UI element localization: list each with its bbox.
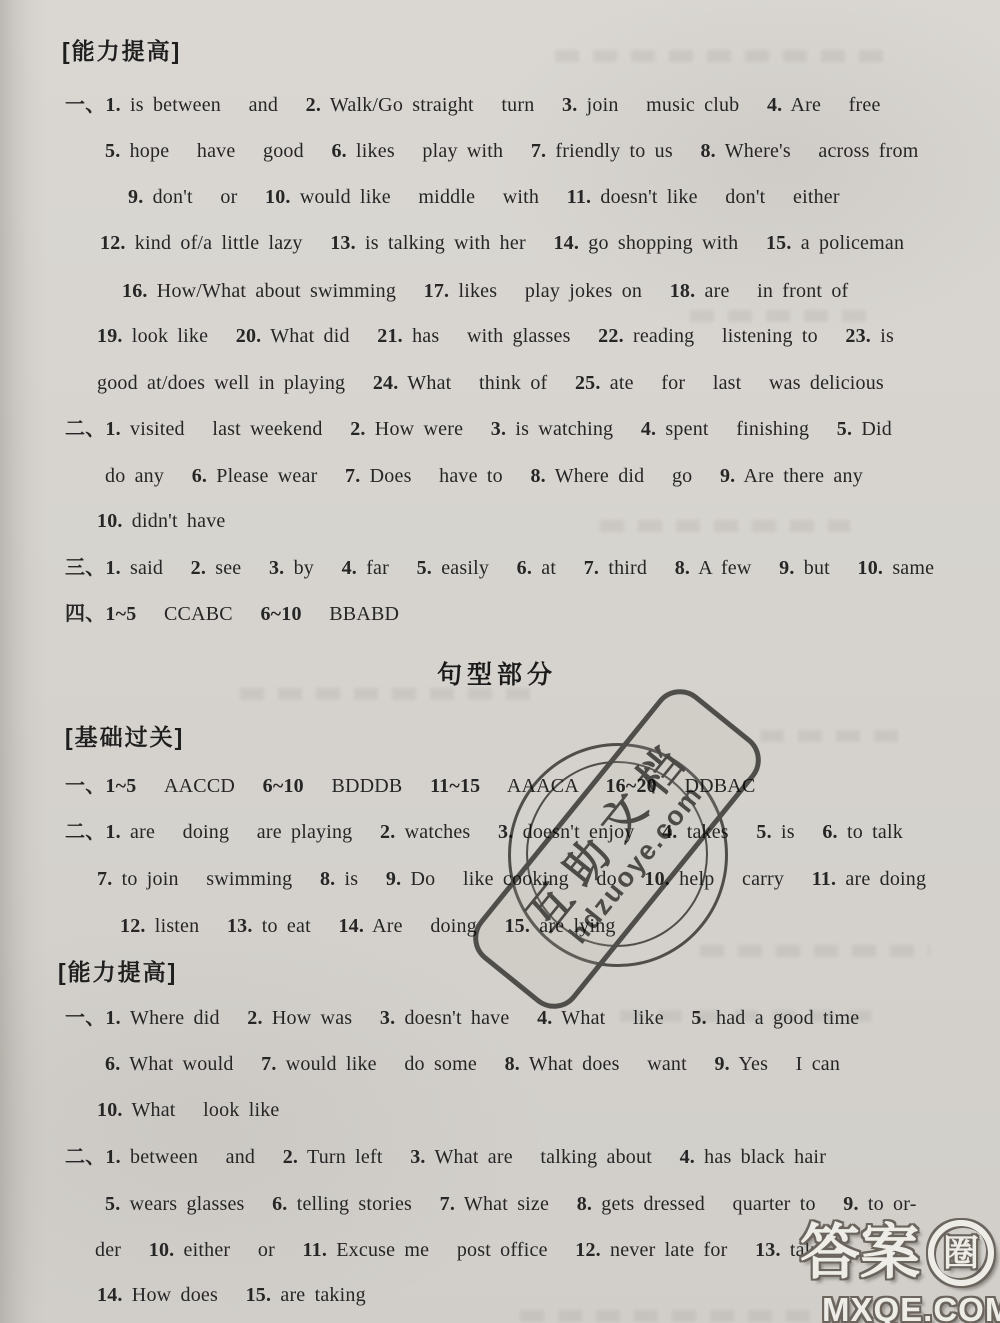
section-header-basic-pass: [基础过关] — [65, 719, 184, 752]
bleed-through-smudge — [690, 310, 870, 322]
answer-line: 5. hope have good 6. likes play with 7. … — [105, 137, 918, 165]
part-title-sentence-patterns: 句型部分 — [437, 655, 557, 691]
workbook-answer-page: [能力提高] 句型部分 [基础过关] [能力提高] 一、1. is betwee… — [0, 0, 1000, 1323]
logo-circle-badge: 圈 — [928, 1220, 994, 1286]
bleed-through-smudge — [600, 520, 850, 532]
answer-line: 9. don't or 10. would like middle with 1… — [128, 183, 840, 211]
logo-circled-char: 圈 — [943, 1235, 979, 1271]
answer-line: 一、1. is between and 2. Walk/Go straight … — [65, 91, 881, 119]
answer-line: 二、1. between and 2. Turn left 3. What ar… — [65, 1143, 826, 1171]
answer-line: 6. What would 7. would like do some 8. W… — [105, 1050, 840, 1078]
section-header-ability-improve-1: [能力提高] — [62, 33, 181, 66]
answer-line: good at/does well in playing 24. What th… — [97, 369, 884, 397]
section-header-ability-improve-2: [能力提高] — [58, 954, 177, 987]
bleed-through-smudge — [760, 730, 910, 742]
answer-line: 12. kind of/a little lazy 13. is talking… — [100, 229, 904, 257]
answer-line: 10. What look like — [97, 1096, 280, 1124]
answer-line: 二、1. visited last weekend 2. How were 3.… — [65, 415, 892, 443]
answer-line: 三、1. said 2. see 3. by 4. far 5. easily … — [65, 554, 934, 582]
answer-line: 一、1. Where did 2. How was 3. doesn't hav… — [65, 1004, 859, 1032]
seal-banner: 互助文档 hdzuoye.com — [462, 678, 772, 1020]
answer-line: 二、1. are doing are playing 2. watches 3.… — [65, 818, 903, 846]
answer-line: 12. listen 13. to eat 14. Are doing 15. … — [120, 912, 616, 940]
answer-circle-logo-watermark: 答案 圈 MXQE.COM — [800, 1220, 1000, 1323]
answer-line: 7. to join swimming 8. is 9. Do like coo… — [97, 865, 926, 893]
logo-site-url: MXQE.COM — [822, 1291, 1000, 1323]
bleed-through-smudge — [555, 50, 885, 62]
bleed-through-smudge — [520, 1310, 820, 1322]
bleed-through-smudge — [700, 945, 930, 957]
answer-line: 四、1~5 CCABC 6~10 BBABD — [65, 600, 399, 628]
answer-line: 19. look like 20. What did 21. has with … — [97, 322, 894, 350]
answer-line: 10. didn't have — [97, 507, 225, 535]
answer-line: do any 6. Please wear 7. Does have to 8.… — [105, 462, 863, 490]
answer-line: 一、1~5 AACCD 6~10 BDDDB 11~15 AAACA 16~20… — [65, 772, 756, 800]
logo-text-cn: 答案 — [800, 1223, 920, 1283]
answer-line: 14. How does 15. are taking — [97, 1281, 366, 1309]
logo-characters-row: 答案 圈 — [800, 1220, 1000, 1286]
answer-line: der 10. either or 11. Excuse me post off… — [95, 1236, 824, 1264]
hdzuoye-seal-watermark: 互助文档 hdzuoye.com — [430, 660, 810, 1040]
answer-line: 5. wears glasses 6. telling stories 7. W… — [105, 1190, 917, 1218]
answer-line: 16. How/What about swimming 17. likes pl… — [122, 277, 848, 305]
